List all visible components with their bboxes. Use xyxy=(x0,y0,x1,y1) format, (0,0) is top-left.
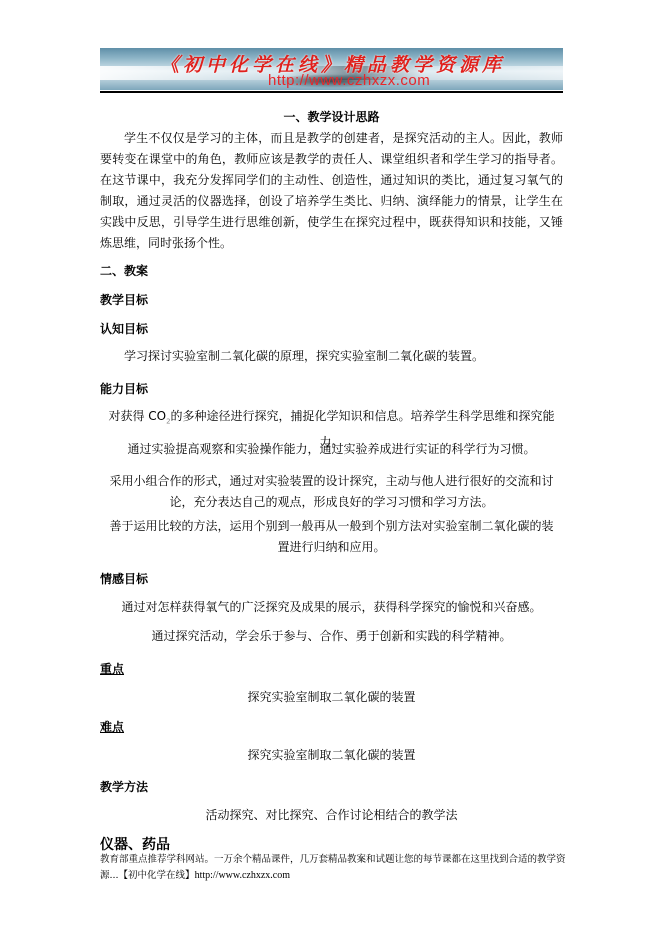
ability-goal-item-3: 采用小组合作的形式，通过对实验装置的设计探究，主动与他人进行很好的交流和讨论，充… xyxy=(100,471,563,513)
goals-heading: 教学目标 xyxy=(100,291,148,308)
emotion-goal-item-2: 通过探究活动，学会乐于参与、合作、勇于创新和实践的科学精神。 xyxy=(100,626,563,647)
key-point-heading: 重点 xyxy=(100,660,124,677)
method-text: 活动探究、对比探究、合作讨论相结合的教学法 xyxy=(100,805,563,826)
ability-item-1-pre: 对获得 CO xyxy=(108,409,166,423)
site-banner: 《初中化学在线》精品教学资源库 http://www.czhxzx.com xyxy=(100,48,563,90)
materials-heading: 仪器、药品 xyxy=(100,834,170,854)
difficulty-heading: 难点 xyxy=(100,718,124,735)
cognitive-goal-heading: 认知目标 xyxy=(100,320,148,337)
ability-goal-item-4: 善于运用比较的方法，运用个别到一般再从一般到个别方法对实验室制二氧化碳的装置进行… xyxy=(100,516,563,558)
footer-link[interactable]: http://www.czhxzx.com xyxy=(195,870,290,881)
key-point-text: 探究实验室制取二氧化碳的装置 xyxy=(100,687,563,708)
ability-goal-heading: 能力目标 xyxy=(100,380,148,397)
emotion-goal-item-1: 通过对怎样获得氧气的广泛探究及成果的展示，获得科学探究的愉悦和兴奋感。 xyxy=(100,597,563,618)
section2-heading: 二、教案 xyxy=(100,262,148,279)
section1-paragraph: 学生不仅仅是学习的主体，而且是教学的创建者，是探究活动的主人。因此，教师要转变在… xyxy=(100,128,563,254)
difficulty-text: 探究实验室制取二氧化碳的装置 xyxy=(100,745,563,766)
banner-url: http://www.czhxzx.com xyxy=(268,72,430,89)
method-heading: 教学方法 xyxy=(100,778,148,795)
footer-ad: 教育部重点推荐学科网站。一万余个精品课件，几万套精品教案和试题让您的每节课都在这… xyxy=(100,852,570,884)
cognitive-goal-text: 学习探讨实验室制二氧化碳的原理，探究实验室制二氧化碳的装置。 xyxy=(100,346,563,367)
ability-goal-item-2: 通过实验提高观察和实验操作能力，通过实验养成进行实证的科学行为习惯。 xyxy=(100,439,563,460)
banner-divider xyxy=(100,91,563,93)
emotion-goal-heading: 情感目标 xyxy=(100,570,148,587)
footer-text: 教育部重点推荐学科网站。一万余个精品课件，几万套精品教案和试题让您的每节课都在这… xyxy=(100,854,566,881)
section1-heading: 一、教学设计思路 xyxy=(100,108,563,125)
